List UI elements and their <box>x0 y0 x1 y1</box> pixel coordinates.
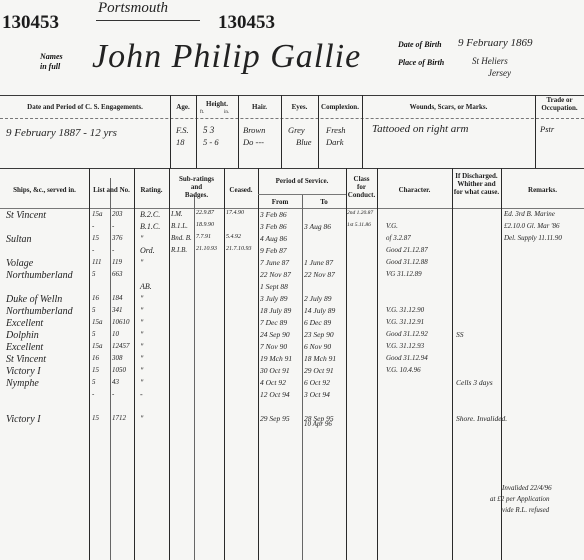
cell-rating: " <box>140 258 143 267</box>
cell-character: V.G. 10.4.96 <box>386 366 421 374</box>
cell-list: 15 <box>92 366 99 374</box>
trade-value: Pstr <box>540 124 554 134</box>
cell-no: 184 <box>112 294 123 302</box>
cell-to: 22 Nov 87 <box>304 270 335 279</box>
cell-remarks: Del. Supply 11.11.90 <box>504 234 562 242</box>
cell-from: 3 July 89 <box>260 294 288 303</box>
height-value-1: 5 3 <box>203 125 214 135</box>
cell-character: V.G. 31.12.91 <box>386 318 424 326</box>
cell-rating: B.1.C. <box>140 222 160 231</box>
cell-remarks: £2.10.0 Gl. Mar '86 <box>504 222 560 230</box>
cell-ship: Victory I <box>6 414 41 425</box>
eyes-value-2: Blue <box>296 137 312 147</box>
cell-list: - <box>92 222 94 230</box>
cell-list: 5 <box>92 270 96 278</box>
cell-from: 18 July 89 <box>260 306 291 315</box>
cell-from: 24 Sep 90 <box>260 330 290 339</box>
cell-sub: Bnd. B. <box>171 234 192 242</box>
cell-list: 15a <box>92 342 103 350</box>
header-ceased: Ceased. <box>224 186 258 194</box>
cell-to: 1 June 87 <box>304 258 333 267</box>
cell-discharged: SS <box>456 330 464 339</box>
cell-to: 14 July 89 <box>304 306 335 315</box>
complexion-value-2: Dark <box>326 137 343 147</box>
cell-to: 18 Mch 91 <box>304 354 336 363</box>
cell-rating: Ord. <box>140 246 155 255</box>
cell-to: 6 Nov 90 <box>304 342 331 351</box>
cell-ship: Excellent <box>6 318 43 329</box>
cell-no: 119 <box>112 258 122 266</box>
cell-to: 23 Sep 90 <box>304 330 334 339</box>
cell-rating: - <box>140 390 143 399</box>
cell-list: 15 <box>92 234 99 242</box>
cell-from: 22 Nov 87 <box>260 270 291 279</box>
header-list-no: List and No. <box>89 186 134 194</box>
cell-list: - <box>92 390 94 398</box>
cell-from: 3 Feb 86 <box>260 222 287 231</box>
cell-list: 16 <box>92 294 99 302</box>
pob-value-2: Jersey <box>488 68 511 78</box>
cell-to: 2 July 89 <box>304 294 332 303</box>
cell-ship: St Vincent <box>6 354 46 365</box>
cell-list: 5 <box>92 306 96 314</box>
cell-no: - <box>112 390 114 398</box>
header-engagement: Date and Period of C. S. Engagements. <box>0 103 170 111</box>
cell-from: 7 June 87 <box>260 258 289 267</box>
cell-list: 15 <box>92 414 99 422</box>
cell-ship: Volage <box>6 258 33 269</box>
cell-to: 3 Oct 94 <box>304 390 330 399</box>
names-label: Names in full <box>40 52 63 72</box>
cell-from: 4 Aug 86 <box>260 234 287 243</box>
full-name: John Philip Gallie <box>92 38 361 76</box>
header-height-ft: ft. <box>200 109 204 117</box>
cell-character: Good 21.12.87 <box>386 246 428 254</box>
cell-character: V.G. 31.12.90 <box>386 306 424 314</box>
dob-label: Date of Birth <box>398 40 442 49</box>
cell-from: 12 Oct 94 <box>260 390 290 399</box>
header-trade: Trade or Occupation. <box>535 96 584 112</box>
cell-ship: Duke of Welln <box>6 294 62 305</box>
header-from: From <box>258 198 302 206</box>
cell-character: Good 31.12.92 <box>386 330 428 338</box>
cell-ceased: 17.4.90 <box>226 210 244 216</box>
header-wounds: Wounds, Scars, or Marks. <box>362 103 535 111</box>
cell-rating: " <box>140 318 143 327</box>
cell-no: 663 <box>112 270 123 278</box>
cell-sub: R.I.B. <box>171 246 187 254</box>
cell-from: 9 Feb 87 <box>260 246 287 255</box>
cell-no: 376 <box>112 234 123 242</box>
service-number-right: 130453 <box>218 12 275 34</box>
service-record-page: 130453 Portsmouth 130453 Names in full J… <box>0 0 584 560</box>
cell-list: 15a <box>92 210 103 218</box>
cell-rating: " <box>140 354 143 363</box>
cell-character: Good 31.12.88 <box>386 258 428 266</box>
cell-list: 111 <box>92 258 101 266</box>
header-period: Period of Service. <box>258 177 346 185</box>
hair-value-1: Brown <box>243 125 265 135</box>
cell-list: - <box>92 246 94 254</box>
cell-rating: " <box>140 330 143 339</box>
header-subratings: Sub-ratings and Badges. <box>169 175 224 199</box>
header-height-in: in. <box>224 109 229 117</box>
cell-from: 29 Sep 95 <box>260 414 290 423</box>
cell-rating: " <box>140 294 143 303</box>
cell-ceased: 21.7.10.93 <box>226 246 252 252</box>
last-to-date: 10 Apr 96 <box>304 420 332 428</box>
cell-list: 15a <box>92 318 103 326</box>
cell-ceased: 5.4.92 <box>226 234 241 240</box>
cell-no: 203 <box>112 210 123 218</box>
cell-list: 16 <box>92 354 99 362</box>
cell-no: 10 <box>112 330 119 338</box>
height-value-2: 5 - 6 <box>203 137 219 147</box>
cell-character: of 3.2.87 <box>386 234 411 242</box>
cell-character: V.G. 31.12.93 <box>386 342 424 350</box>
cell-sub-date: 21.10.93 <box>196 246 217 252</box>
cell-to: 6 Oct 92 <box>304 378 330 387</box>
cell-sub-date: 22.9.87 <box>196 210 214 216</box>
cell-rating: B.2.C. <box>140 210 160 219</box>
footer-remark-1: Invalided 22/4/96 <box>502 484 552 492</box>
cell-ship: Northumberland <box>6 270 73 281</box>
cell-sub: B.1.L. <box>171 222 188 230</box>
eyes-value-1: Grey <box>288 125 305 135</box>
cell-no: 43 <box>112 378 119 386</box>
service-number-left: 130453 <box>2 12 59 34</box>
port-division: Portsmouth <box>98 0 168 17</box>
cell-no: - <box>112 246 114 254</box>
age-value-2: 18 <box>176 137 185 147</box>
header-to: To <box>302 198 346 206</box>
cell-rating: " <box>140 234 143 243</box>
cell-no: 341 <box>112 306 123 314</box>
cell-sub-date: 18.9.90 <box>196 222 214 228</box>
cell-rating: " <box>140 414 143 423</box>
header-ships: Ships, &c., served in. <box>0 186 89 194</box>
cell-rating: " <box>140 378 143 387</box>
wounds-value: Tattooed on right arm <box>372 123 468 135</box>
header-complexion: Complexion. <box>318 103 362 111</box>
cell-ship: St Vincent <box>6 210 46 221</box>
cell-no: 308 <box>112 354 123 362</box>
header-eyes: Eyes. <box>281 103 318 111</box>
cell-no: 1712 <box>112 414 126 422</box>
header-remarks: Remarks. <box>501 186 584 194</box>
cell-class: 2nd 1.20.87 <box>347 210 373 216</box>
cell-ship: Dolphin <box>6 330 39 341</box>
cell-to: 6 Dec 89 <box>304 318 331 327</box>
cell-ship: Nymphe <box>6 378 39 389</box>
cell-from: 19 Mch 91 <box>260 354 292 363</box>
header-character: Character. <box>377 186 452 194</box>
cell-to: 3 Aug 86 <box>304 222 331 231</box>
cell-class: 1st 5.11.86 <box>347 222 371 228</box>
cell-remarks: Ed. 3rd B. Marine <box>504 210 555 218</box>
cell-character: Good 31.12.94 <box>386 354 428 362</box>
cell-no: 10610 <box>112 318 130 326</box>
cell-rating: " <box>140 306 143 315</box>
cell-list: 5 <box>92 378 96 386</box>
header-rating: Rating. <box>134 186 169 194</box>
cell-rating: " <box>140 366 143 375</box>
footer-remark-2: at £2 per Application <box>490 495 550 503</box>
engagement-value: 9 February 1887 - 12 yrs <box>6 127 117 139</box>
cell-no: 1050 <box>112 366 126 374</box>
complexion-value-1: Fresh <box>326 125 346 135</box>
cell-sub-date: 7.7.91 <box>196 234 211 240</box>
cell-from: 3 Feb 86 <box>260 210 287 219</box>
footer-remark-3: vide R.L. refused <box>502 506 549 514</box>
pob-value-1: St Heliers <box>472 56 508 66</box>
cell-character: V.G. <box>386 222 398 230</box>
header-age: Age. <box>170 103 196 111</box>
cell-rating: AB. <box>140 282 152 291</box>
pob-label: Place of Birth <box>398 58 444 67</box>
header-height: Height. <box>196 100 238 108</box>
cell-from: 1 Sept 88 <box>260 282 288 291</box>
cell-sub: I.M. <box>171 210 183 218</box>
cell-from: 7 Nov 90 <box>260 342 287 351</box>
cell-discharged: Cells 3 days <box>456 378 493 387</box>
cell-no: - <box>112 222 114 230</box>
header-discharged: If Discharged. Whither and for what caus… <box>452 172 501 196</box>
cell-from: 7 Dec 89 <box>260 318 287 327</box>
hair-value-2: Do --- <box>243 137 264 147</box>
cell-from: 30 Oct 91 <box>260 366 290 375</box>
cell-ship: Sultan <box>6 234 32 245</box>
cell-to: 29 Oct 91 <box>304 366 334 375</box>
cell-character: VG 31.12.89 <box>386 270 422 278</box>
cell-ship: Excellent <box>6 342 43 353</box>
header-class-conduct: Class for Conduct. <box>346 175 377 199</box>
age-value-1: F.S. <box>176 125 189 135</box>
header-hair: Hair. <box>238 103 281 111</box>
cell-ship: Victory I <box>6 366 41 377</box>
cell-from: 4 Oct 92 <box>260 378 286 387</box>
cell-no: 12457 <box>112 342 130 350</box>
dob-value: 9 February 1869 <box>458 37 533 49</box>
cell-list: 5 <box>92 330 96 338</box>
cell-rating: " <box>140 342 143 351</box>
cell-ship: Northumberland <box>6 306 73 317</box>
cell-discharged: Shore. Invalided. <box>456 414 507 423</box>
